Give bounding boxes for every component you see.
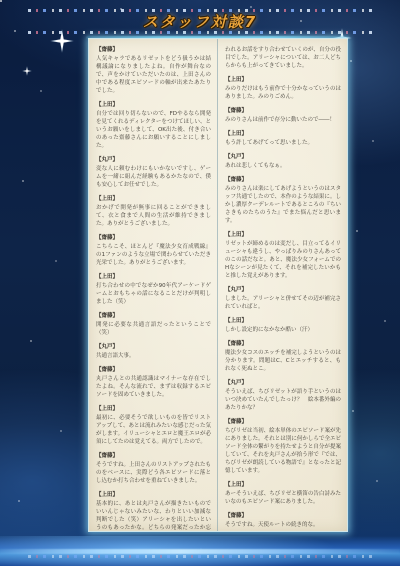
speaker-label: 【齋藤】	[225, 176, 341, 184]
paragraph-text: 魔法少女コスのエッチを補完しようというのは分かります。問題はC、Cとエッチすると…	[225, 350, 341, 372]
paragraph-text: われるお話をすり合わせていくのが、自分の役目でした。アリーシャについては、お二人…	[225, 47, 341, 69]
speaker-label: 【齋藤】	[96, 452, 211, 460]
paragraph-text: 打ち合わせの中でなぜか90年代アーケードゲームとおもちゃの話になることだけが判明…	[96, 283, 211, 305]
interview-paragraph: 【丸戸】共通言語大事。	[96, 343, 211, 360]
speaker-label: 【齋藤】	[96, 366, 211, 374]
interview-paragraph: 【齋藤】魔法少女コスのエッチを補完しようというのは分かります。問題はC、Cとエッ…	[225, 340, 341, 373]
speaker-label: 【上田】	[96, 405, 211, 413]
paragraph-text: リゼットが締めるのは変だし、目立ってるイリューシャも違うし、やっぱりみのりさんあ…	[225, 241, 341, 279]
interview-paragraph: われるお話をすり合わせていくのが、自分の役目でした。アリーシャについては、お二人…	[225, 46, 341, 70]
paragraph-text: 最初に、必要そうで欲しいものを皆でリストアップして、あとは流れみたいな感じだった…	[96, 415, 211, 445]
paragraph-text: ちびリゼは当初、絵本単体のエピソード案が先にありました。それとは別に何かしらで全…	[225, 428, 341, 474]
paragraph-text: 人気キャラであるリゼットをどう扱うかは結構議論になりましたよね。自作が舞台なので…	[96, 56, 211, 94]
interview-paragraph: 【齋藤】人気キャラであるリゼットをどう扱うかは結構議論になりましたよね。自作が舞…	[96, 46, 211, 95]
speaker-label: 【丸戸】	[225, 379, 341, 387]
paragraph-text: 丸戸さんとの共通認識はマイナーな存在でしたよね。そんな流れで、まずは収録するエピ…	[96, 376, 211, 398]
bottom-light-streak	[0, 549, 400, 554]
speaker-label: 【上田】	[225, 317, 341, 325]
scanned-page: スタッフ対談7 【齋藤】人気キャラであるリゼットをどう扱うかは結構議論になりまし…	[0, 0, 400, 566]
paragraph-text: みのりさんは前作で存分に動いたので――！	[225, 117, 335, 123]
speaker-label: 【丸戸】	[225, 286, 341, 294]
paragraph-text: あれは悲しくてもなぁ。	[225, 163, 286, 169]
interview-paragraph: 【上田】打ち合わせの中でなぜか90年代アーケードゲームとおもちゃの話になることだ…	[96, 273, 211, 306]
speaker-label: 【齋藤】	[225, 107, 341, 115]
paragraph-text: そうですね。上田さんのリストアップされたものをベースに、実際どう各エピソードに落…	[96, 462, 211, 484]
paragraph-text: そういえば、ちびリゼットが語り手というのはいつ決めていたんでしたっけ？ 絵本番外…	[225, 389, 341, 411]
interview-paragraph: 【丸戸】そういえば、ちびリゼットが語り手というのはいつ決めていたんでしたっけ？ …	[225, 379, 341, 412]
paragraph-text: おかげで開発が無事に回ることができまして、衣と食まで人間の生活が維持できました。…	[96, 205, 211, 227]
interview-paragraph: 【上田】最初に、必要そうで欲しいものを皆でリストアップして、あとは流れみたいな感…	[96, 405, 211, 446]
speaker-label: 【上田】	[96, 195, 211, 203]
paragraph-text: あーそういえば、ちびリゼと横笛の告白詩みたいなのもエピソード案にありました。	[225, 491, 341, 505]
speaker-label: 【齋藤】	[225, 418, 341, 426]
interview-paragraph: 【上田】自分では回り切らないので、FDやるなら開発を見てくれるディレクターをつけ…	[96, 101, 211, 150]
interview-paragraph: 【齋藤】そうですね。上田さんのリストアップされたものをベースに、実際どう各エピソ…	[96, 452, 211, 485]
speaker-label: 【齋藤】	[225, 340, 341, 348]
paragraph-text: みのりさんは楽にしてあげようというのはスタッフ共通でしたので、本作のような結果に…	[225, 186, 341, 224]
interview-paragraph: 【丸戸】変な人に頼むわけにもいかないですし、ゲームを一緒に組んだ経験もあるかたな…	[96, 156, 211, 189]
speaker-label: 【齋藤】	[96, 234, 211, 242]
paragraph-text: しました。アリーシャと併せてその辺が補完されていればと。	[225, 296, 341, 310]
interview-paragraph: 【丸戸】しました。アリーシャと併せてその辺が補完されていればと。	[225, 286, 341, 311]
interview-paragraph: 【齋藤】そうですね。天使ルートの続き的な。	[225, 512, 341, 529]
interview-column-left: 【齋藤】人気キャラであるリゼットをどう扱うかは結構議論になりましたよね。自作が舞…	[89, 39, 218, 531]
page-title: スタッフ対談7	[0, 11, 400, 32]
paragraph-text: みのりだけはもう前作で十分かなっていうのはありました。みのりごめん。	[225, 86, 341, 100]
speaker-label: 【上田】	[225, 231, 341, 239]
speaker-label: 【上田】	[225, 481, 341, 489]
paragraph-text: 開発に必要な共通言語だったということで（笑）	[96, 322, 211, 336]
paragraph-text: もう許してあげてって思いました。	[225, 140, 313, 146]
interview-paragraph: 【上田】もう許してあげてって思いました。	[225, 130, 341, 147]
paragraph-text: しかし設定的になかなか酷い（汗）	[225, 327, 313, 333]
garland-divider-bottom	[28, 555, 372, 558]
speaker-label: 【丸戸】	[96, 156, 211, 164]
speaker-label: 【丸戸】	[225, 153, 341, 161]
interview-paragraph: 【齋藤】みのりさんは前作で存分に動いたので――！	[225, 107, 341, 124]
speaker-label: 【上田】	[225, 76, 341, 84]
paragraph-text: 変な人に頼むわけにもいかないですし、ゲームを一緒に組んだ経験もあるかたなので、僕…	[96, 166, 211, 188]
interview-paragraph: 【上田】リゼットが締めるのは変だし、目立ってるイリューシャも違うし、やっぱりみの…	[225, 231, 341, 280]
interview-paragraph: 【丸戸】あれは悲しくてもなぁ。	[225, 153, 341, 170]
interview-paragraph: 【齋藤】こちらこそ、ほとんど『魔法少女育成戦線』の1ファンのような立場で関わらせ…	[96, 234, 211, 267]
paragraph-text: そうですね。天使ルートの続き的な。	[225, 522, 319, 528]
interview-panel: 【齋藤】人気キャラであるリゼットをどう扱うかは結構議論になりましたよね。自作が舞…	[88, 38, 348, 532]
speaker-label: 【上田】	[225, 130, 341, 138]
interview-paragraph: 【齋藤】ちびリゼは当初、絵本単体のエピソード案が先にありました。それとは別に何か…	[225, 418, 341, 475]
speaker-label: 【上田】	[96, 273, 211, 281]
interview-paragraph: 【上田】おかげで開発が無事に回ることができまして、衣と食まで人間の生活が維持でき…	[96, 195, 211, 228]
interview-paragraph: 【上田】みのりだけはもう前作で十分かなっていうのはありました。みのりごめん。	[225, 76, 341, 101]
speaker-label: 【齋藤】	[96, 312, 211, 320]
speaker-label: 【丸戸】	[96, 343, 211, 351]
speaker-label: 【齋藤】	[225, 512, 341, 520]
interview-paragraph: 【上田】基本的に、あとは丸戸さんが描きたいものでいいんじゃないみたいな、わりとい…	[96, 491, 211, 531]
garland-divider-under-title	[28, 31, 372, 34]
paragraph-text: こちらこそ、ほとんど『魔法少女育成戦線』の1ファンのような立場で関わらせていただ…	[96, 244, 211, 266]
interview-paragraph: 【上田】あーそういえば、ちびリゼと横笛の告白詩みたいなのもエピソード案にありまし…	[225, 481, 341, 506]
sparkle-star-icon	[22, 66, 32, 76]
interview-paragraph: 【上田】しかし設定的になかなか酷い（汗）	[225, 317, 341, 334]
speaker-label: 【齋藤】	[96, 46, 211, 54]
speaker-label: 【上田】	[96, 491, 211, 499]
paragraph-text: 自分では回り切らないので、FDやるなら開発を見てくれるディレクターをつけてほしい…	[96, 111, 211, 149]
paragraph-text: 基本的に、あとは丸戸さんが描きたいものでいいんじゃないみたいな、わりといい加減な…	[96, 501, 211, 531]
interview-paragraph: 【齋藤】丸戸さんとの共通認識はマイナーな存在でしたよね。そんな流れで、まずは収録…	[96, 366, 211, 399]
interview-paragraph: 【齋藤】みのりさんは楽にしてあげようというのはスタッフ共通でしたので、本作のよう…	[225, 176, 341, 225]
interview-paragraph: 【齋藤】開発に必要な共通言語だったということで（笑）	[96, 312, 211, 337]
paragraph-text: 共通言語大事。	[96, 353, 135, 359]
interview-column-right: われるお話をすり合わせていくのが、自分の役目でした。アリーシャについては、お二人…	[218, 39, 347, 531]
speaker-label: 【上田】	[96, 101, 211, 109]
